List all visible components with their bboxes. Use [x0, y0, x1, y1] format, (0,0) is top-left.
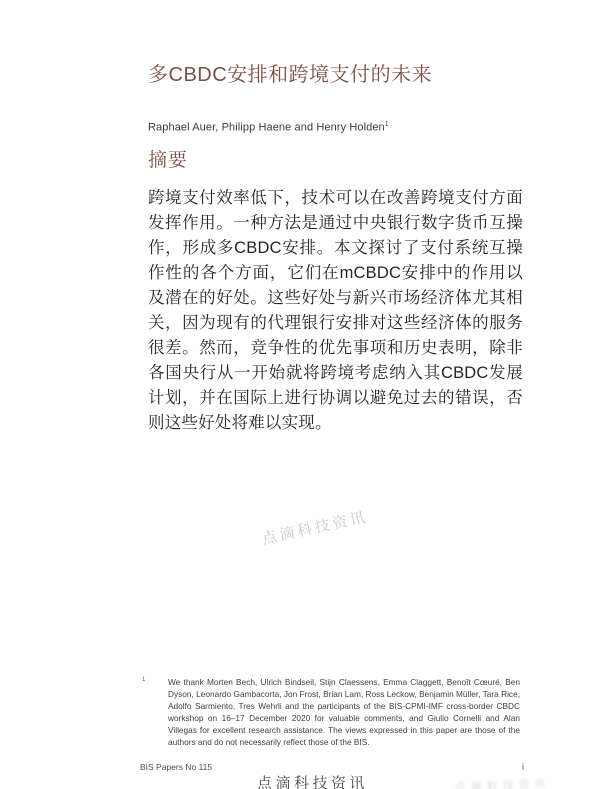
footnote-block: 1 We thank Morten Bech, Ulrich Bindseil,… — [140, 677, 522, 748]
page-footer: BIS Papers No 115 i — [140, 762, 524, 772]
abstract-heading: 摘要 — [148, 145, 188, 172]
footer-page-number: i — [522, 762, 524, 772]
abstract-text: 跨境支付效率低下，技术可以在改善跨境支付方面发挥作用。一种方法是通过中央银行数字… — [148, 186, 523, 436]
footnote-marker: 1 — [142, 677, 145, 683]
authors-footnote-ref: 1 — [385, 121, 389, 128]
bottom-right-faint-watermark: 点滴科技资讯 — [455, 773, 600, 789]
paper-title: 多CBDC安排和跨境支付的未来 — [148, 58, 528, 87]
paper-page: 多CBDC安排和跨境支付的未来 Raphael Auer, Philipp Ha… — [0, 0, 600, 789]
diagonal-watermark: 点滴科技资讯 — [260, 506, 370, 549]
footer-series-label: BIS Papers No 115 — [140, 762, 212, 772]
bottom-center-watermark: 点滴科技资讯 — [257, 772, 368, 789]
footnote-text: We thank Morten Bech, Ulrich Bindseil, S… — [168, 677, 520, 748]
scanned-paper-page: { "page": { "title": "多CBDC安排和跨境支付的未来", … — [0, 0, 600, 789]
authors-names: Raphael Auer, Philipp Haene and Henry Ho… — [148, 122, 385, 134]
authors-line: Raphael Auer, Philipp Haene and Henry Ho… — [148, 121, 389, 134]
